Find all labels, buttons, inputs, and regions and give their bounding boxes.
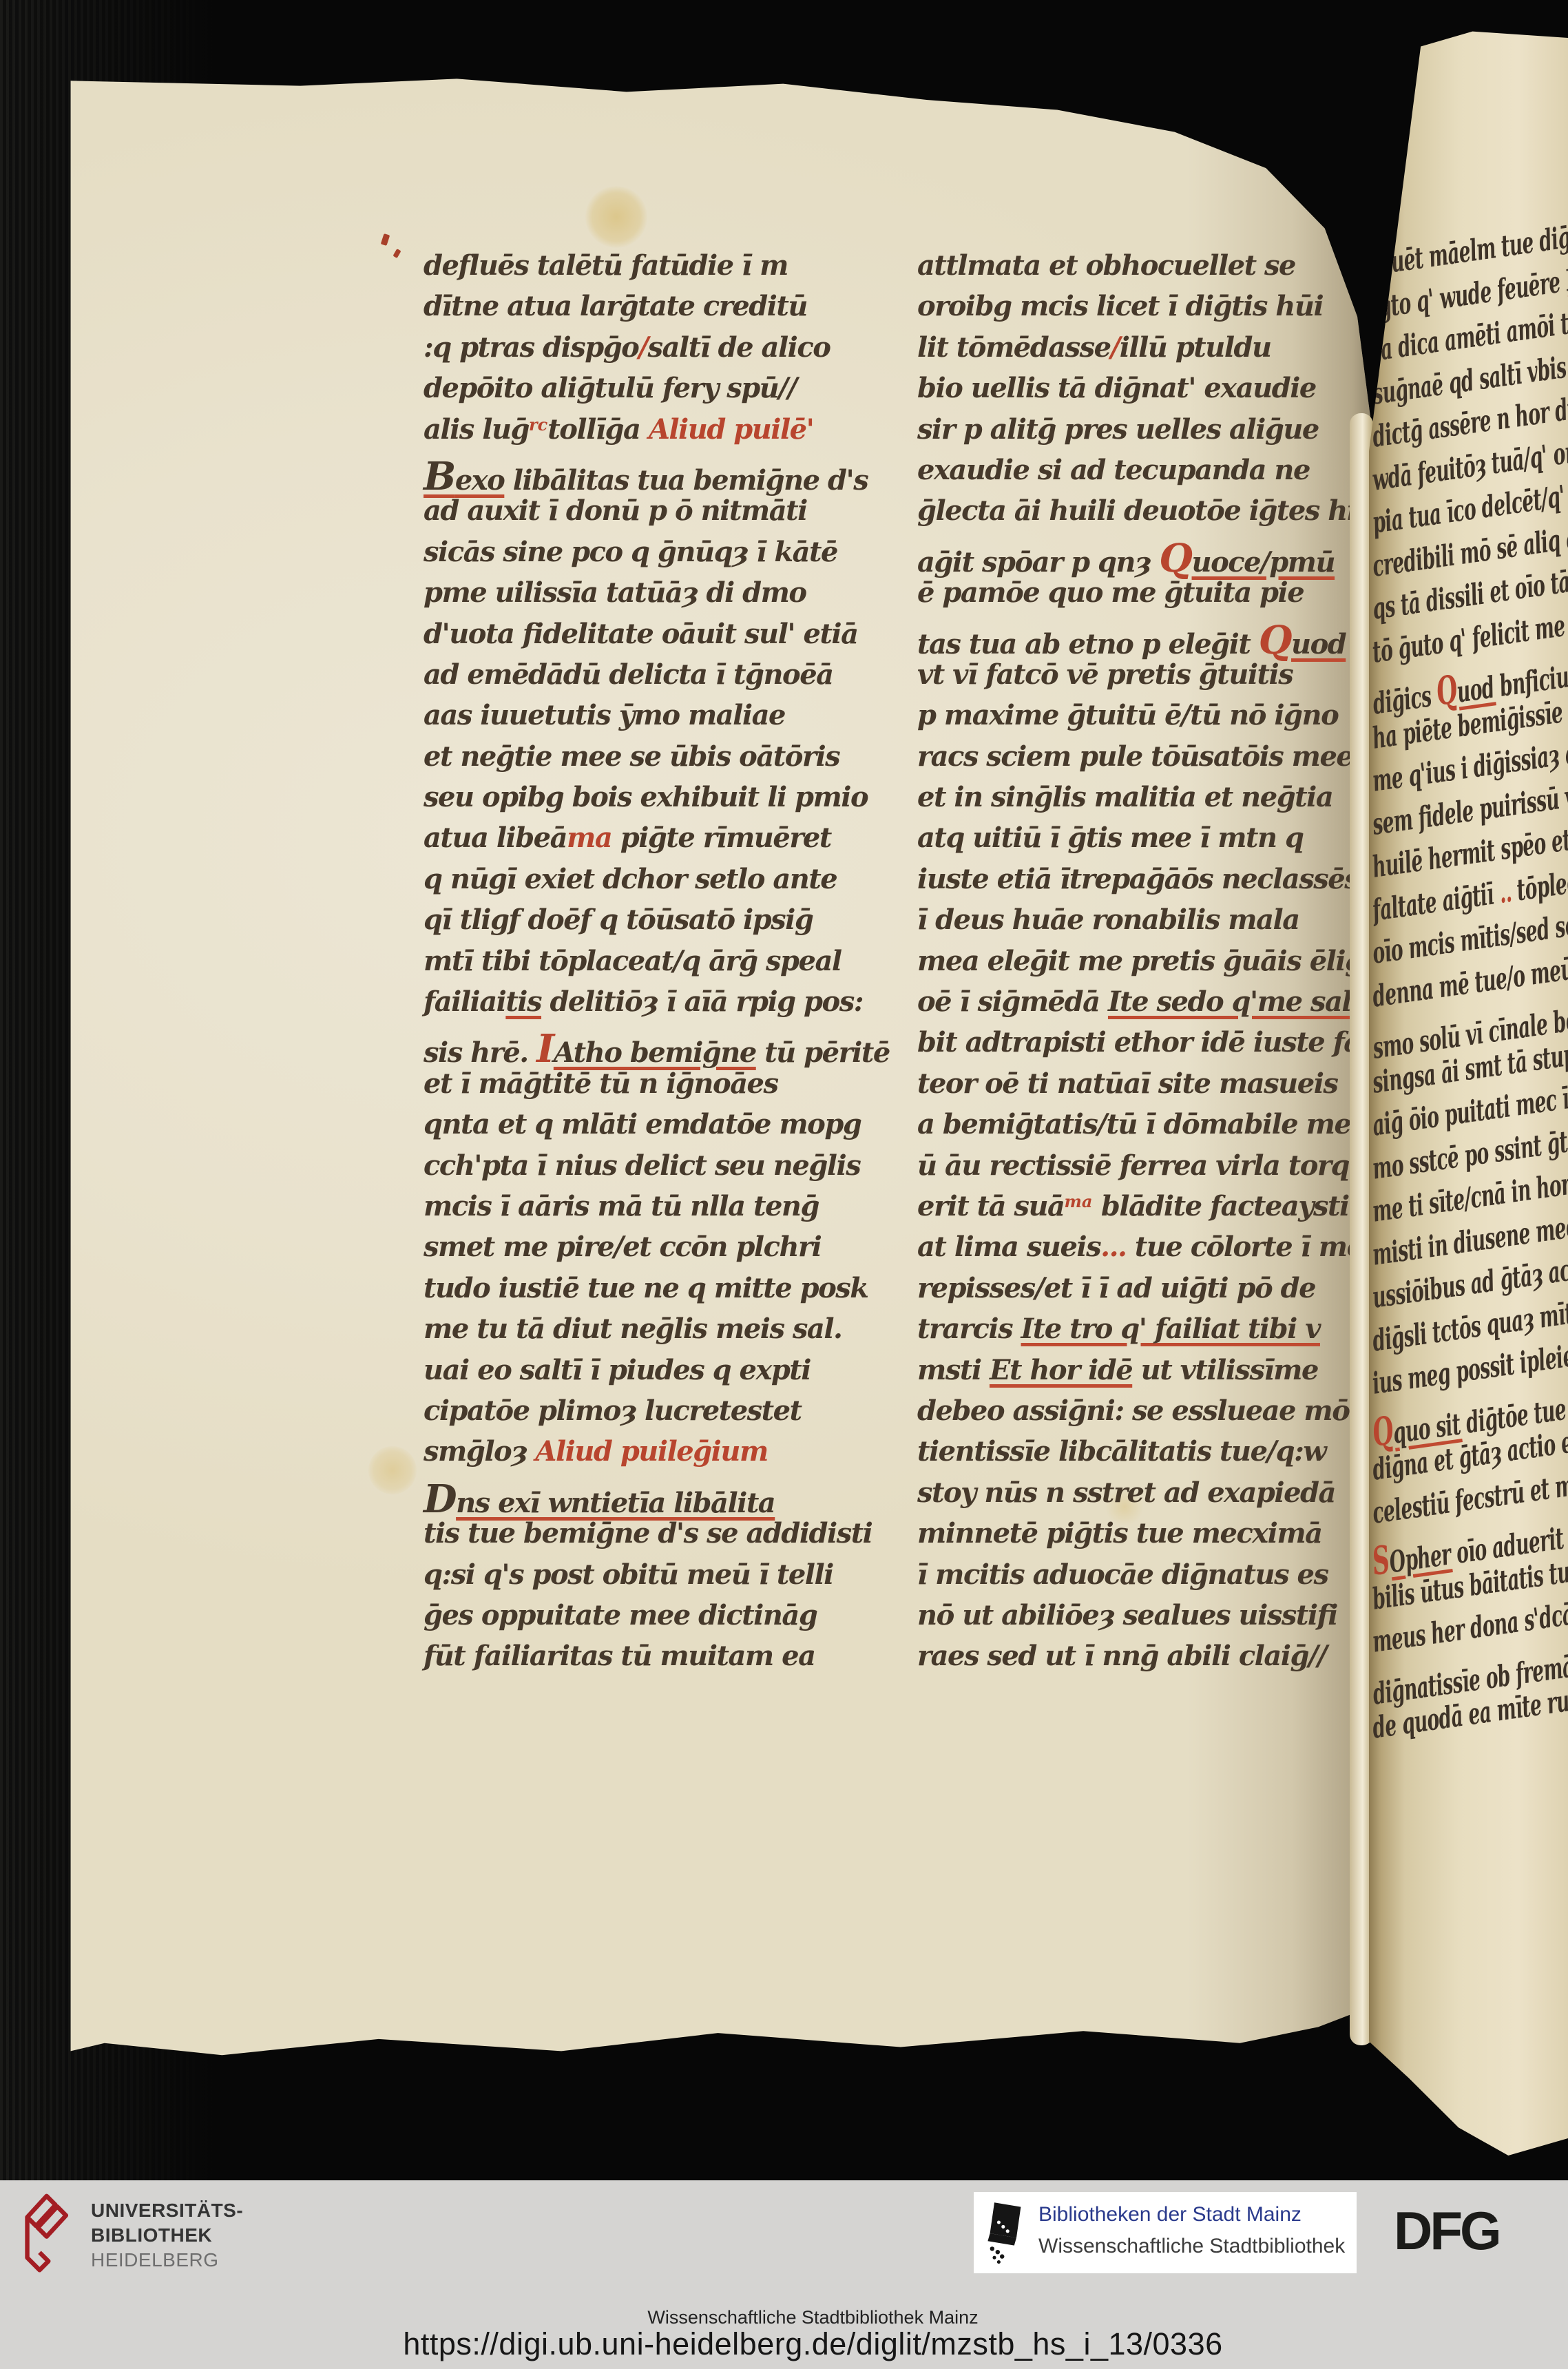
facing-page-text: luēt māelm tue diḡtōis Ite ḡto q' wude f…	[1372, 248, 1568, 1797]
rubric-text: ma	[1064, 1191, 1092, 1211]
manuscript-line: raes sed ut ī nnḡ abili claiḡ//	[917, 1640, 1344, 1680]
manuscript-line: sir p alitḡ pres uelles aliḡue	[917, 413, 1344, 454]
manuscript-text: sir p alitḡ pres uelles aliḡue	[917, 413, 1319, 446]
manuscript-text: alis luḡ	[424, 413, 529, 446]
manuscript-text: at lima sueis	[917, 1231, 1100, 1263]
manuscript-text: oē ī siḡmēdā	[917, 985, 1108, 1018]
rubric-text: Q	[1369, 1408, 1396, 1455]
manuscript-text: stoy nūs n sstret ad exapiedā	[917, 1476, 1335, 1509]
rubric-text: rc	[529, 415, 547, 435]
manuscript-line: et neḡtie mee se ūbis oātōris	[424, 740, 844, 781]
manuscript-text: ī mcitis aduocāe diḡnatus es	[917, 1558, 1328, 1591]
manuscript-text: D	[424, 1476, 456, 1522]
manuscript-line: depōito aliḡtulū fery spū//	[424, 372, 844, 413]
manuscript-line: iuste etiā ītrepaḡāōs neclassēs	[917, 863, 1344, 904]
heidelberg-line1: UNIVERSITÄTS-	[91, 2198, 243, 2223]
manuscript-text: q nūgī exiet dchor setlo ante	[424, 863, 837, 895]
manuscript-line: teor oē ti natūaī site masueis	[917, 1067, 1344, 1108]
manuscript-text: Et hor idē	[990, 1354, 1132, 1386]
manuscript-line: qī tligf doēf q tōūsatō ipsiḡ	[424, 904, 844, 944]
manuscript-line: erit tā suāma blādite facteaysti	[917, 1190, 1344, 1231]
manuscript-text: tientissīe libcālitatis tue/q:w	[917, 1435, 1326, 1468]
manuscript-text: bio uellis tā diḡnat' exaudie	[917, 372, 1316, 404]
manuscript-line: pme uilissīa tatūāȝ di dmo	[424, 576, 844, 617]
manuscript-text: Atho bemiḡne	[554, 1036, 756, 1069]
heidelberg-line3: HEIDELBERG	[91, 2248, 243, 2273]
manuscript-line: ḡlecta āi huili deuotōe iḡtes hi	[917, 494, 1344, 535]
manuscript-line: ḡes oppuitate mee dictināg	[424, 1599, 844, 1640]
manuscript-line: msti Et hor idē ut vtilissīme	[917, 1354, 1344, 1395]
manuscript-text: mcis ī aāris mā tū nlla tenḡ	[424, 1190, 819, 1222]
manuscript-text: ī deus huāe ronabilis mala	[917, 904, 1299, 936]
manuscript-text: p maxime ḡtuitū ē/tū nō iḡno	[917, 699, 1338, 731]
manuscript-line: ī mcitis aduocāe diḡnatus es	[917, 1558, 1344, 1599]
manuscript-text: tudo iustiē tue ne q mitte posk	[424, 1272, 868, 1304]
manuscript-text: et ī māḡtitē tū n iḡnoāes	[424, 1067, 778, 1100]
manuscript-text: mea eleḡit me pretis ḡuāis ēliḡi	[917, 945, 1372, 977]
manuscript-text: trarcis	[917, 1313, 1021, 1345]
manuscript-line: repisses/et ī ī ad uiḡti pō de	[917, 1272, 1344, 1313]
manuscript-line: debeo assiḡni: se esslueae mō	[917, 1395, 1344, 1435]
manuscript-text: smḡloȝ	[424, 1435, 535, 1468]
manuscript-text: Ite sedo q'me salu	[1108, 985, 1370, 1018]
rubric-text: I	[536, 1026, 554, 1072]
manuscript-line: fūt failiaritas tū muitam ea	[424, 1640, 844, 1680]
manuscript-text: ns exī wntietīa libālita	[456, 1487, 775, 1519]
manuscript-text: pme uilissīa tatūāȝ di dmo	[424, 576, 806, 609]
rubric-text: Aliud puileḡium	[535, 1435, 767, 1468]
manuscript-line: at lima sueis... tue cōlorte ī me	[917, 1231, 1344, 1271]
manuscript-line: oroibg mcis licet ī diḡtis hūi	[917, 290, 1344, 331]
manuscript-text: atua libeā	[424, 822, 567, 854]
manuscript-text: saltī de alico	[647, 331, 830, 364]
manuscript-text: ad auxit ī donū p ō nitmāti	[424, 494, 807, 527]
manuscript-text: teor oē ti natūaī site masueis	[917, 1067, 1337, 1100]
manuscript-text: ū āu rectissiē ferrea virla torque	[917, 1149, 1384, 1182]
manuscript-line: et in sinḡlis malitia et neḡtia	[917, 781, 1344, 822]
footer-bar: UNIVERSITÄTS- BIBLIOTHEK HEIDELBERG Bibl…	[0, 2180, 1568, 2369]
manuscript-text: ad emēdādū delicta ī tḡnoēā	[424, 658, 833, 691]
manuscript-line: mea eleḡit me pretis ḡuāis ēliḡi	[917, 945, 1344, 985]
manuscript-line: exaudie si ad tecupanda ne	[917, 454, 1344, 494]
manuscript-text: seu opibg bois exhibuit li pmio	[424, 781, 868, 813]
manuscript-line: ē pamōe quo me ḡtuita pie	[917, 576, 1344, 617]
manuscript-line: ū āu rectissiē ferrea virla torque	[917, 1149, 1344, 1190]
rubric-text: /	[1111, 331, 1120, 364]
digitized-manuscript-photo: defluēs talētū fatūdie ī mdītne atua lar…	[0, 0, 1568, 2369]
manuscript-text: tue cōlorte ī me	[1126, 1231, 1363, 1263]
manuscript-text: mtī tibi tōplaceat/q ārḡ speal	[424, 945, 842, 977]
manuscript-text: libālitas tua bemiḡne d's	[504, 464, 868, 497]
manuscript-text: tollīḡa	[547, 413, 649, 446]
manuscript-text: delitiōȝ ī aīā rpig pos:	[541, 985, 863, 1018]
rubric-text: Q	[1159, 536, 1191, 581]
manuscript-text: cipatōe plimoȝ lucretestet	[424, 1395, 802, 1427]
manuscript-line: minnetē piḡtis tue mecximā	[917, 1517, 1344, 1558]
manuscript-line: mcis ī aāris mā tū nlla tenḡ	[424, 1190, 844, 1231]
book-icon	[983, 2200, 1027, 2266]
manuscript-line: vt vī fatcō vē pretis ḡtuitis	[917, 658, 1344, 699]
dfg-logo: DFG	[1394, 2200, 1499, 2262]
manuscript-line: alis luḡrctollīḡa Aliud puilē'	[424, 413, 844, 454]
manuscript-text: debeo assiḡni: se esslueae mō	[917, 1395, 1349, 1427]
manuscript-line: tis tue bemiḡne d's se addidisti	[424, 1517, 844, 1558]
persistent-url: https://digi.ub.uni-heidelberg.de/diglit…	[29, 2326, 1568, 2362]
manuscript-line: q:si q's post obitū meū ī telli	[424, 1558, 844, 1599]
manuscript-text: repisses/et ī ī ad uiḡti pō de	[917, 1272, 1315, 1304]
manuscript-text: tū pēritē	[756, 1036, 890, 1069]
manuscript-line: stoy nūs n sstret ad exapiedā	[917, 1476, 1344, 1517]
manuscript-text: racs sciem pule tōūsatōis mee	[917, 740, 1352, 773]
manuscript-text: ut vtilissīme	[1132, 1354, 1318, 1386]
rubric-text: ...	[1100, 1231, 1126, 1263]
heidelberg-line2: BIBLIOTHEK	[91, 2223, 243, 2248]
parchment-stain	[368, 1446, 417, 1494]
manuscript-line: smet me pire/et ccōn plchri	[424, 1231, 844, 1271]
manuscript-text: lit tōmēdasse	[917, 331, 1111, 364]
manuscript-text: a bemiḡtatis/tū ī dōmabile me	[917, 1108, 1350, 1140]
manuscript-text: ḡlecta āi huili deuotōe iḡtes hi	[917, 494, 1357, 527]
manuscript-text: raes sed ut ī nnḡ abili claiḡ//	[917, 1640, 1326, 1672]
manuscript-text: uod	[1454, 671, 1496, 710]
manuscript-text: defluēs talētū fatūdie ī m	[424, 249, 788, 282]
manuscript-line: aas iuuetutis ȳmo maliae	[424, 699, 844, 740]
manuscript-text: aas iuuetutis ȳmo maliae	[424, 699, 785, 731]
mainz-library-logo: Bibliotheken der Stadt Mainz Wissenschaf…	[974, 2192, 1357, 2273]
manuscript-text: fūt failiaritas tū muitam ea	[424, 1640, 815, 1672]
manuscript-line: Bexo libālitas tua bemiḡne d's	[424, 454, 844, 494]
manuscript-line: cipatōe plimoȝ lucretestet	[424, 1395, 844, 1435]
manuscript-line: sis hrē. IAtho bemiḡne tū pēritē	[424, 1026, 844, 1067]
heidelberg-library-wordmark: UNIVERSITÄTS- BIBLIOTHEK HEIDELBERG	[91, 2198, 243, 2273]
facing-page-edge: luēt māelm tue diḡtōis Ite ḡto q' wude f…	[1369, 21, 1568, 2173]
manuscript-line: a bemiḡtatis/tū ī dōmabile me	[917, 1108, 1344, 1149]
manuscript-text: Ite tro q' failiat tibi v	[1021, 1313, 1320, 1345]
text-column-right: attlmata et obhocuellet seoroibg mcis li…	[917, 249, 1344, 1681]
manuscript-text: uoce/pmū	[1192, 546, 1335, 578]
manuscript-text: bit adtrapisti ethor idē iuste fa	[917, 1026, 1361, 1058]
manuscript-text: ḡes oppuitate mee dictināg	[424, 1599, 817, 1631]
manuscript-text: failiai	[424, 985, 505, 1018]
manuscript-line: aḡit spōar p qnȝ Quoce/pmū	[917, 536, 1344, 576]
manuscript-text: sicās sine pco q ḡnūqȝ ī kātē	[424, 536, 837, 568]
manuscript-text: depōito aliḡtulū fery spū//	[424, 372, 797, 404]
manuscript-line: atq uitiū ī ḡtis mee ī mtn q	[917, 822, 1344, 862]
manuscript-line: p maxime ḡtuitū ē/tū nō iḡno	[917, 699, 1344, 740]
manuscript-text: faltate aiḡtiī	[1370, 876, 1502, 928]
manuscript-text: uod	[1291, 628, 1346, 660]
manuscript-text: exo	[455, 464, 504, 497]
manuscript-text: oroibg mcis licet ī diḡtis hūi	[917, 290, 1323, 322]
rubric-text: /	[638, 331, 647, 364]
manuscript-text: exaudie si ad tecupanda ne	[917, 454, 1310, 486]
manuscript-line: et ī māḡtitē tū n iḡnoāes	[424, 1067, 844, 1108]
manuscript-text: tis tue bemiḡne d's se addidisti	[424, 1517, 872, 1549]
manuscript-text: erit tā suā	[917, 1190, 1064, 1222]
manuscript-line: bio uellis tā diḡnat' exaudie	[917, 372, 1344, 413]
manuscript-line: failiaitis delitiōȝ ī aīā rpig pos:	[424, 985, 844, 1026]
manuscript-text: et in sinḡlis malitia et neḡtia	[917, 781, 1332, 813]
manuscript-line: seu opibg bois exhibuit li pmio	[424, 781, 844, 822]
manuscript-line: attlmata et obhocuellet se	[917, 249, 1344, 290]
manuscript-line: oē ī siḡmēdā Ite sedo q'me salu	[917, 985, 1344, 1026]
manuscript-text: piḡte rīmuēret	[611, 822, 831, 854]
manuscript-line: sicās sine pco q ḡnūqȝ ī kātē	[424, 536, 844, 576]
manuscript-page: defluēs talētū fatūdie ī mdītne atua lar…	[65, 76, 1370, 2083]
rubric-text: Aliud puilē'	[649, 413, 814, 446]
manuscript-text: q:si q's post obitū meū ī telli	[424, 1558, 833, 1591]
manuscript-line: :q ptras dispḡo/saltī de alico	[424, 331, 844, 372]
manuscript-text: cch'pta ī nius delict seu neḡlis	[424, 1149, 860, 1182]
manuscript-text: vt vī fatcō vē pretis ḡtuitis	[917, 658, 1293, 691]
manuscript-line: tas tua ab etno p eleḡit Quod	[917, 618, 1344, 658]
manuscript-line: mtī tibi tōplaceat/q ārḡ speal	[424, 945, 844, 985]
rubric-text: ma	[567, 822, 611, 854]
manuscript-line: dītne atua larḡtate creditū	[424, 290, 844, 331]
rubric-text: Q	[1259, 618, 1291, 663]
mainz-line1: Bibliotheken der Stadt Mainz	[1038, 2203, 1302, 2226]
manuscript-line: tudo iustiē tue ne q mitte posk	[424, 1272, 844, 1313]
manuscript-text: uai eo saltī ī piudes q expti	[424, 1354, 811, 1386]
manuscript-line: uai eo saltī ī piudes q expti	[424, 1354, 844, 1395]
manuscript-text: illū ptuldu	[1120, 331, 1271, 364]
parchment-stain	[585, 186, 647, 248]
manuscript-text: blādite facteaysti	[1092, 1190, 1348, 1222]
manuscript-line: lit tōmēdasse/illū ptuldu	[917, 331, 1344, 372]
manuscript-text: d'uota fidelitate oāuit sul' etiā	[424, 618, 858, 650]
open-book-icon	[18, 2187, 77, 2275]
manuscript-text: qnta et q mlāti emdatōe mopg	[424, 1108, 861, 1140]
manuscript-text: tas tua ab etno p eleḡit	[917, 628, 1259, 660]
manuscript-text: ē pamōe quo me ḡtuita pie	[917, 576, 1304, 609]
manuscript-line: atua libeāma piḡte rīmuēret	[424, 822, 844, 862]
manuscript-text: atq uitiū ī ḡtis mee ī mtn q	[917, 822, 1304, 854]
manuscript-text: me tu tā diut neḡlis meis sal.	[424, 1313, 842, 1345]
manuscript-text: :q ptras dispḡo	[424, 331, 638, 364]
manuscript-text: msti	[917, 1354, 990, 1386]
manuscript-line: ad auxit ī donū p ō nitmāti	[424, 494, 844, 535]
manuscript-line: qnta et q mlāti emdatōe mopg	[424, 1108, 844, 1149]
footer-caption: Wissenschaftliche Stadtbibliothek Mainz	[29, 2307, 1568, 2328]
manuscript-line: ī deus huāe ronabilis mala	[917, 904, 1344, 944]
manuscript-line: defluēs talētū fatūdie ī m	[424, 249, 844, 290]
manuscript-line: bit adtrapisti ethor idē iuste fa	[917, 1026, 1344, 1067]
manuscript-text: minnetē piḡtis tue mecximā	[917, 1517, 1322, 1549]
mainz-line2: Wissenschaftliche Stadtbibliothek	[1038, 2235, 1345, 2258]
manuscript-line: me tu tā diut neḡlis meis sal.	[424, 1313, 844, 1353]
ink-speck	[393, 249, 401, 258]
manuscript-text: B	[424, 454, 455, 499]
heidelberg-library-logo	[18, 2187, 77, 2279]
manuscript-line: d'uota fidelitate oāuit sul' etiā	[424, 618, 844, 658]
manuscript-text: sis hrē.	[424, 1036, 536, 1069]
manuscript-line: smḡloȝ Aliud puileḡium	[424, 1435, 844, 1476]
manuscript-line: ad emēdādū delicta ī tḡnoēā	[424, 658, 844, 699]
ink-speck	[381, 233, 390, 246]
manuscript-line: racs sciem pule tōūsatōis mee	[917, 740, 1344, 781]
manuscript-line: q nūgī exiet dchor setlo ante	[424, 863, 844, 904]
manuscript-text: nō ut abiliōeȝ sealues uisstifi	[917, 1599, 1337, 1631]
text-column-left: defluēs talētū fatūdie ī mdītne atua lar…	[424, 249, 844, 1681]
manuscript-text: tis	[505, 985, 541, 1018]
manuscript-text: aḡit spōar p qnȝ	[917, 546, 1159, 578]
manuscript-text: iuste etiā ītrepaḡāōs neclassēs	[917, 863, 1359, 895]
manuscript-line: cch'pta ī nius delict seu neḡlis	[424, 1149, 844, 1190]
manuscript-text: qī tligf doēf q tōūsatō ipsiḡ	[424, 904, 813, 936]
manuscript-text: attlmata et obhocuellet se	[917, 249, 1295, 282]
manuscript-text: smet me pire/et ccōn plchri	[424, 1231, 821, 1263]
manuscript-line: Dns exī wntietīa libālita	[424, 1476, 844, 1517]
manuscript-line: nō ut abiliōeȝ sealues uisstifi	[917, 1599, 1344, 1640]
manuscript-text: dītne atua larḡtate creditū	[424, 290, 807, 322]
manuscript-line: tientissīe libcālitatis tue/q:w	[917, 1435, 1344, 1476]
manuscript-text: et neḡtie mee se ūbis oātōris	[424, 740, 839, 773]
manuscript-line: trarcis Ite tro q' failiat tibi v	[917, 1313, 1344, 1353]
